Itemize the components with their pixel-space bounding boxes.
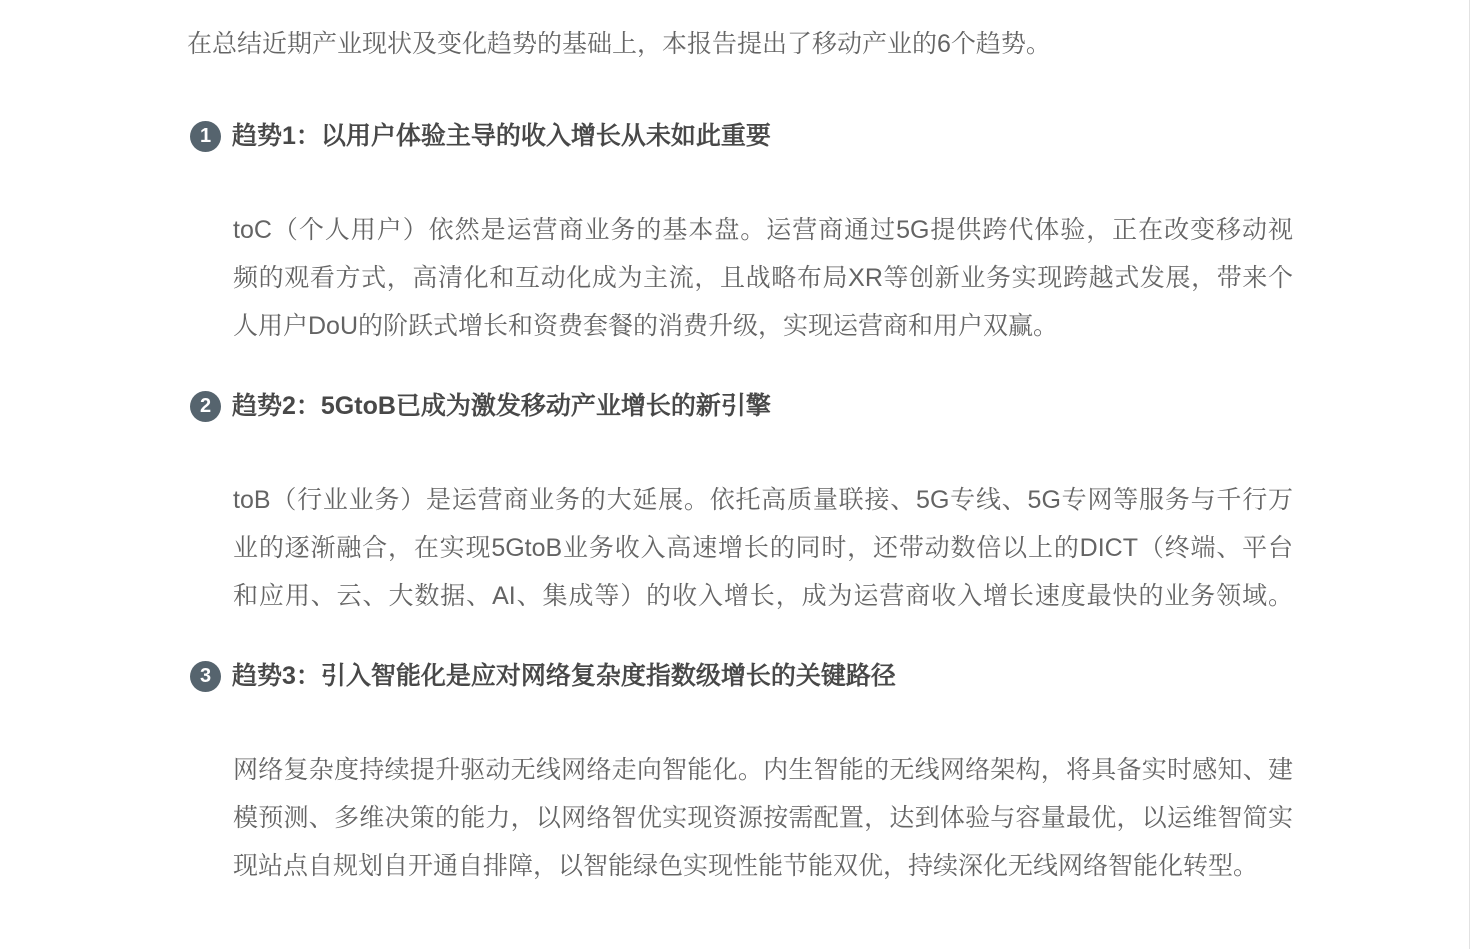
trend-3-number-badge: 3 — [190, 661, 221, 692]
body-line: 和应用、云、大数据、AI、集成等）的收入增长，成为运营商收入增长速度最快的业务领… — [233, 572, 1293, 620]
body-line: 现站点自规划自开通自排障，以智能绿色实现性能节能双优，持续深化无线网络智能化转型… — [233, 842, 1293, 890]
body-line: 频的观看方式，高清化和互动化成为主流，且战略布局XR等创新业务实现跨越式发展，带… — [233, 254, 1293, 302]
report-page-content: 在总结近期产业现状及变化趋势的基础上，本报告提出了移动产业的6个趋势。 1 趋势… — [187, 20, 1297, 890]
body-line: 模预测、多维决策的能力，以网络智优实现资源按需配置，达到体验与容量最优，以运维智… — [233, 794, 1293, 842]
trend-section-1: 1 趋势1：以用户体验主导的收入增长从未如此重要 toC（个人用户）依然是运营商… — [187, 121, 1297, 350]
trend-1-number-badge: 1 — [190, 121, 221, 152]
trend-2-body: toB（行业业务）是运营商业务的大延展。依托高质量联接、5G专线、5G专网等服务… — [233, 476, 1293, 620]
trend-1-body: toC（个人用户）依然是运营商业务的基本盘。运营商通过5G提供跨代体验，正在改变… — [233, 206, 1293, 350]
body-line: 人用户DoU的阶跃式增长和资费套餐的消费升级，实现运营商和用户双赢。 — [233, 302, 1293, 350]
trend-1-heading: 趋势1：以用户体验主导的收入增长从未如此重要 — [232, 121, 771, 152]
trend-section-2: 2 趋势2：5GtoB已成为激发移动产业增长的新引擎 toB（行业业务）是运营商… — [187, 391, 1297, 620]
body-line: 业的逐渐融合，在实现5GtoB业务收入高速增长的同时，还带动数倍以上的DICT（… — [233, 524, 1293, 572]
trend-2-heading: 趋势2：5GtoB已成为激发移动产业增长的新引擎 — [232, 391, 771, 422]
trend-2-heading-row: 2 趋势2：5GtoB已成为激发移动产业增长的新引擎 — [190, 391, 1297, 422]
trend-section-3: 3 趋势3：引入智能化是应对网络复杂度指数级增长的关键路径 网络复杂度持续提升驱… — [187, 661, 1297, 890]
trend-2-number-badge: 2 — [190, 391, 221, 422]
trend-3-number: 3 — [200, 665, 211, 688]
body-line: 网络复杂度持续提升驱动无线网络走向智能化。内生智能的无线网络架构，将具备实时感知… — [233, 746, 1293, 794]
body-line: toB（行业业务）是运营商业务的大延展。依托高质量联接、5G专线、5G专网等服务… — [233, 476, 1293, 524]
trend-1-heading-row: 1 趋势1：以用户体验主导的收入增长从未如此重要 — [190, 121, 1297, 152]
trend-3-body: 网络复杂度持续提升驱动无线网络走向智能化。内生智能的无线网络架构，将具备实时感知… — [233, 746, 1293, 890]
trend-3-heading: 趋势3：引入智能化是应对网络复杂度指数级增长的关键路径 — [232, 661, 896, 692]
trend-2-number: 2 — [200, 395, 211, 418]
intro-text: 在总结近期产业现状及变化趋势的基础上，本报告提出了移动产业的6个趋势。 — [187, 20, 1297, 68]
trend-3-heading-row: 3 趋势3：引入智能化是应对网络复杂度指数级增长的关键路径 — [190, 661, 1297, 692]
page-edge-line — [1469, 0, 1470, 949]
body-line: toC（个人用户）依然是运营商业务的基本盘。运营商通过5G提供跨代体验，正在改变… — [233, 206, 1293, 254]
trend-1-number: 1 — [200, 125, 211, 148]
